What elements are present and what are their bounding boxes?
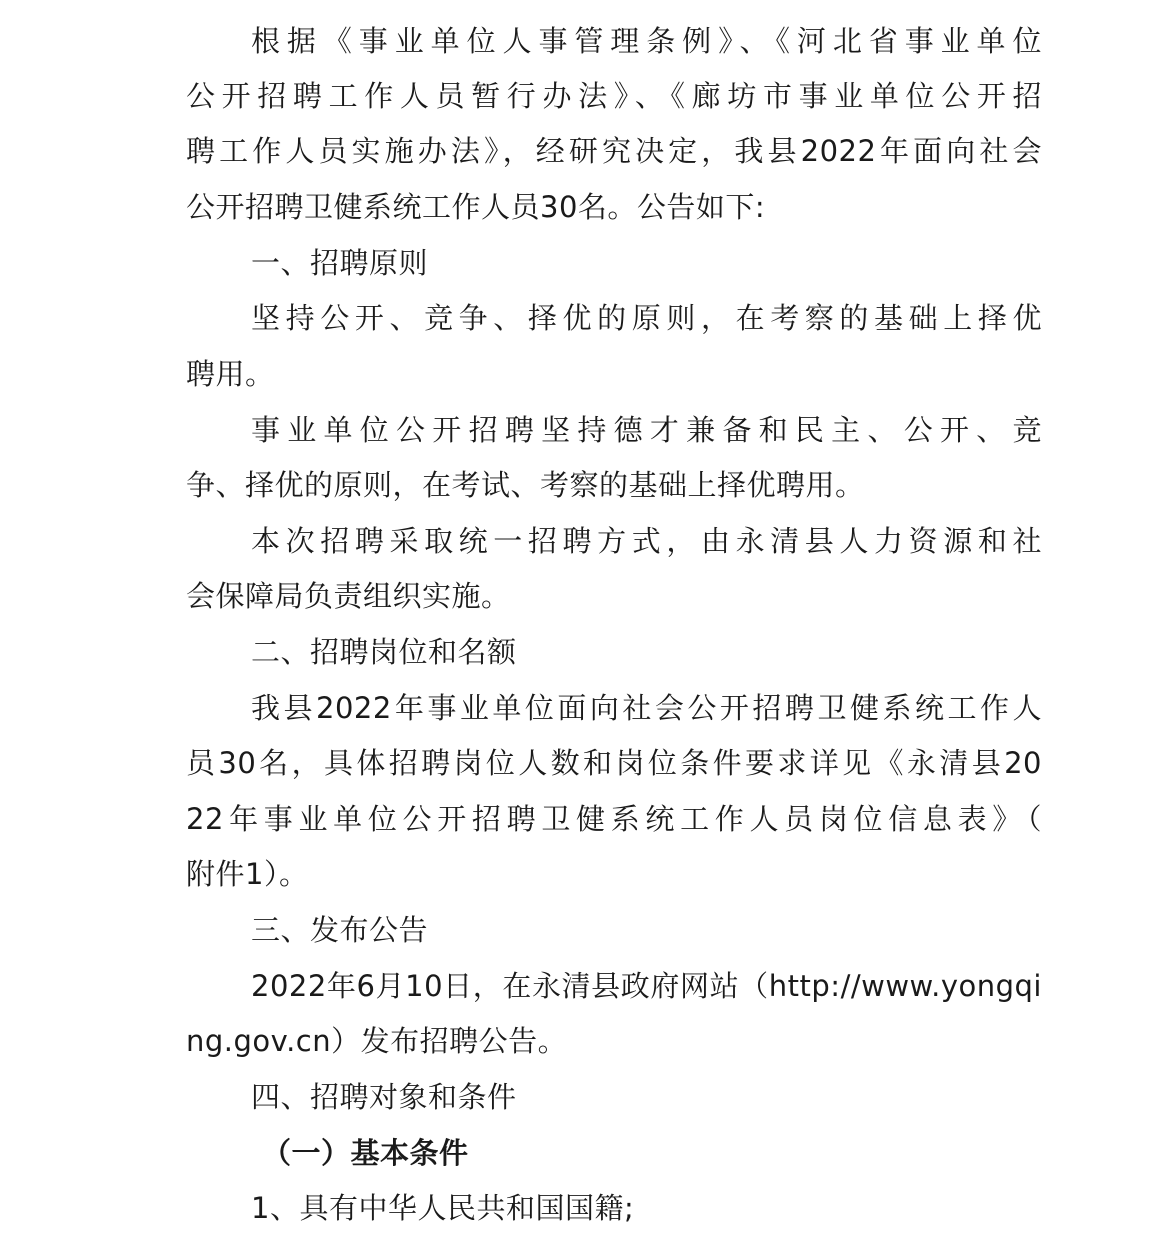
paragraph-positions-line-2: 员30名，具体招聘岗位人数和岗位条件要求详见《永清县20 [186, 743, 1042, 783]
paragraph-positions-line-1: 我县2022年事业单位面向社会公开招聘卫健系统工作人 [251, 688, 1042, 728]
paragraph-principles-1-line-2: 聘用。 [186, 354, 1042, 394]
section-heading-eligibility: 四、招聘对象和条件 [251, 1077, 1042, 1117]
paragraph-principles-2-line-2: 争、择优的原则，在考试、考察的基础上择优聘用。 [186, 465, 1042, 505]
paragraph-intro-line-2: 公开招聘工作人员暂行办法》、《廊坊市事业单位公开招 [186, 76, 1042, 116]
paragraph-positions-line-3: 22年事业单位公开招聘卫健系统工作人员岗位信息表》（ [186, 799, 1042, 839]
subheading-basic-conditions: （一）基本条件 [262, 1133, 1053, 1173]
section-heading-principles: 一、招聘原则 [251, 243, 1042, 283]
paragraph-principles-1-line-1: 坚持公开、竞争、择优的原则，在考察的基础上择优 [251, 298, 1042, 338]
paragraph-positions-line-4: 附件1）。 [186, 854, 1042, 894]
paragraph-intro-line-1: 根据《事业单位人事管理条例》、《河北省事业单位 [251, 21, 1042, 61]
section-heading-announcement: 三、发布公告 [251, 910, 1042, 950]
paragraph-intro-line-4: 公开招聘卫健系统工作人员30名。公告如下: [186, 187, 1042, 227]
paragraph-announcement-line-1: 2022年6月10日，在永清县政府网站（http://www.yongqi [251, 966, 1042, 1006]
paragraph-announcement-line-2: ng.gov.cn）发布招聘公告。 [186, 1021, 1042, 1061]
paragraph-principles-3-line-1: 本次招聘采取统一招聘方式，由永清县人力资源和社 [251, 521, 1042, 561]
list-item-condition-1: 1、具有中华人民共和国国籍; [251, 1188, 1042, 1228]
paragraph-principles-3-line-2: 会保障局负责组织实施。 [186, 576, 1042, 616]
document-page: 根据《事业单位人事管理条例》、《河北省事业单位 公开招聘工作人员暂行办法》、《廊… [0, 0, 1164, 1245]
paragraph-intro-line-3: 聘工作人员实施办法》，经研究决定，我县2022年面向社会 [186, 131, 1042, 171]
paragraph-principles-2-line-1: 事业单位公开招聘坚持德才兼备和民主、公开、竞 [251, 410, 1042, 450]
section-heading-positions: 二、招聘岗位和名额 [251, 632, 1042, 672]
